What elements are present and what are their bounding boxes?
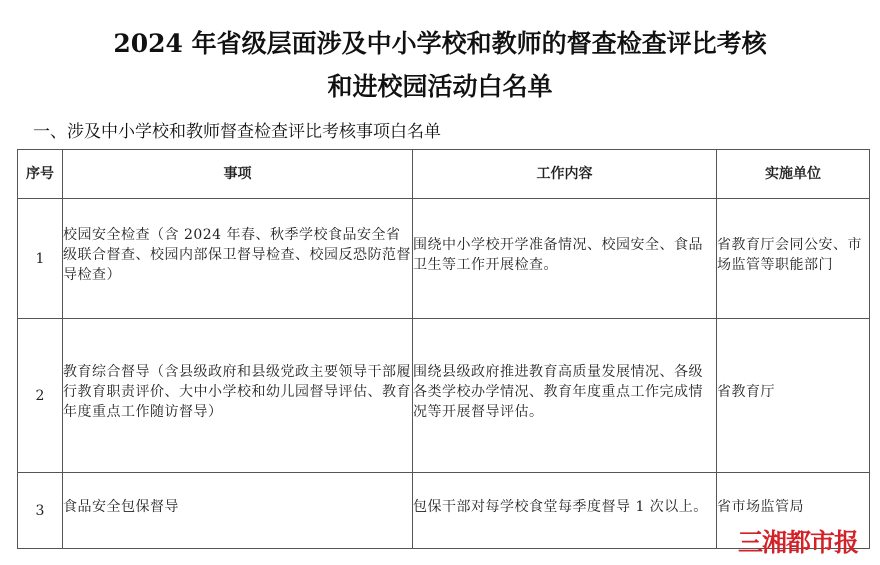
header-item: 事项 [63, 150, 413, 199]
cell-implementing-unit-text: 省市场监管局 [717, 497, 869, 525]
cell-implementing-unit: 省教育厅 [717, 319, 870, 473]
cell-item: 教育综合督导（含县级政府和县级党政主要领导干部履行教育职责评价、大中小学校和幼儿… [63, 319, 413, 473]
cell-implementing-unit: 省教育厅会同公安、市场监管等职能部门 [717, 199, 870, 319]
cell-item-text: 食品安全包保督导 [63, 497, 412, 525]
cell-work-content: 包保干部对每学校食堂每季度督导 1 次以上。 [413, 473, 717, 549]
header-implementing-unit: 实施单位 [717, 150, 870, 199]
document-title-line-2: 和进校园活动白名单 [0, 68, 880, 106]
cell-item-text: 教育综合督导（含县级政府和县级党政主要领导干部履行教育职责评价、大中小学校和幼儿… [63, 362, 412, 430]
cell-serial-number: 1 [18, 199, 63, 319]
table-row: 2 教育综合督导（含县级政府和县级党政主要领导干部履行教育职责评价、大中小学校和… [18, 319, 870, 473]
table-header-row: 序号 事项 工作内容 实施单位 [18, 150, 870, 199]
document-title-line-1: 2024 年省级层面涉及中小学校和教师的督查检查评比考核 [0, 25, 880, 63]
cell-serial-number: 3 [18, 473, 63, 549]
cell-item: 校园安全检查（含 2024 年春、秋季学校食品安全省级联合督查、校园内部保卫督导… [63, 199, 413, 319]
cell-work-content-text: 包保干部对每学校食堂每季度督导 1 次以上。 [413, 497, 716, 525]
cell-item: 食品安全包保督导 [63, 473, 413, 549]
section-heading: 一、涉及中小学校和教师督查检查评比考核事项白名单 [33, 120, 441, 144]
header-serial-number: 序号 [18, 150, 63, 199]
newspaper-watermark-logo: 三湘都市报 [738, 528, 858, 558]
cell-item-text: 校园安全检查（含 2024 年春、秋季学校食品安全省级联合督查、校园内部保卫督导… [63, 225, 412, 293]
cell-serial-number: 2 [18, 319, 63, 473]
table-row: 1 校园安全检查（含 2024 年春、秋季学校食品安全省级联合督查、校园内部保卫… [18, 199, 870, 319]
cell-work-content-text: 围绕县级政府推进教育高质量发展情况、各级各类学校办学情况、教育年度重点工作完成情… [413, 362, 716, 430]
whitelist-table: 序号 事项 工作内容 实施单位 1 校园安全检查（含 2024 年春、秋季学校食… [17, 149, 870, 549]
cell-implementing-unit-text: 省教育厅 [717, 382, 869, 410]
cell-work-content: 围绕县级政府推进教育高质量发展情况、各级各类学校办学情况、教育年度重点工作完成情… [413, 319, 717, 473]
cell-work-content: 围绕中小学校开学准备情况、校园安全、食品卫生等工作开展检查。 [413, 199, 717, 319]
cell-work-content-text: 围绕中小学校开学准备情况、校园安全、食品卫生等工作开展检查。 [413, 235, 716, 283]
header-work-content: 工作内容 [413, 150, 717, 199]
cell-implementing-unit-text: 省教育厅会同公安、市场监管等职能部门 [717, 235, 869, 283]
